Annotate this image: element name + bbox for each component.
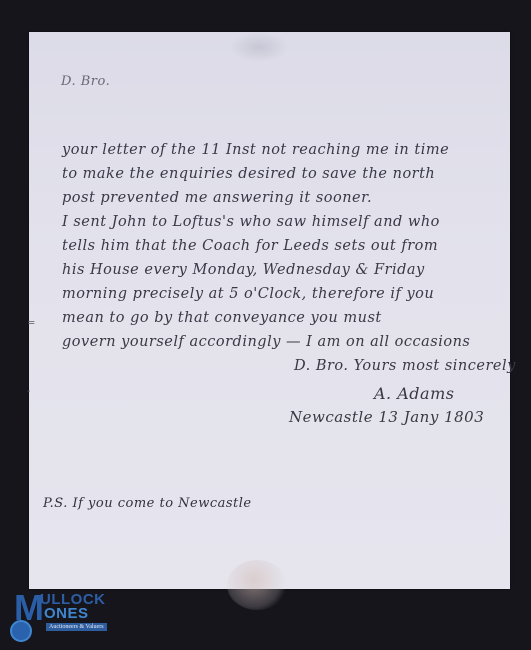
logo-tagline: Auctioneers & Valuers bbox=[46, 623, 107, 631]
letter-closing: D. Bro. Yours most sincerely bbox=[294, 358, 516, 374]
margin-mark: - bbox=[27, 386, 30, 397]
letter-line: morning precisely at 5 o'Clock, therefor… bbox=[62, 286, 434, 302]
letter-line: post prevented me answering it sooner. bbox=[62, 190, 372, 206]
auction-house-watermark-logo: M ULLOCK ONES Auctioneers & Valuers bbox=[10, 592, 115, 642]
margin-mark: = bbox=[27, 318, 35, 329]
letter-line: to make the enquiries desired to save th… bbox=[62, 166, 435, 182]
letter-line: mean to go by that conveyance you must bbox=[62, 310, 382, 326]
letter-line: his House every Monday, Wednesday & Frid… bbox=[62, 262, 425, 278]
logo-brand-bottom: ONES bbox=[44, 606, 89, 621]
letter-line: I sent John to Loftus's who saw himself … bbox=[62, 214, 440, 230]
paper-stain bbox=[227, 560, 287, 610]
letter-line: your letter of the 11 Inst not reaching … bbox=[62, 142, 449, 158]
letter-signature: A. Adams bbox=[374, 384, 454, 403]
paper-fold-shadow bbox=[229, 32, 289, 62]
letter-paper: D. Bro. your letter of the 11 Inst not r… bbox=[29, 32, 510, 589]
letter-salutation: D. Bro. bbox=[61, 74, 110, 89]
letter-place-date: Newcastle 13 Jany 1803 bbox=[289, 408, 484, 426]
letter-line: govern yourself accordingly — I am on al… bbox=[62, 334, 470, 350]
letter-line: tells him that the Coach for Leeds sets … bbox=[62, 238, 438, 254]
letter-postscript: P.S. If you come to Newcastle bbox=[43, 496, 252, 511]
